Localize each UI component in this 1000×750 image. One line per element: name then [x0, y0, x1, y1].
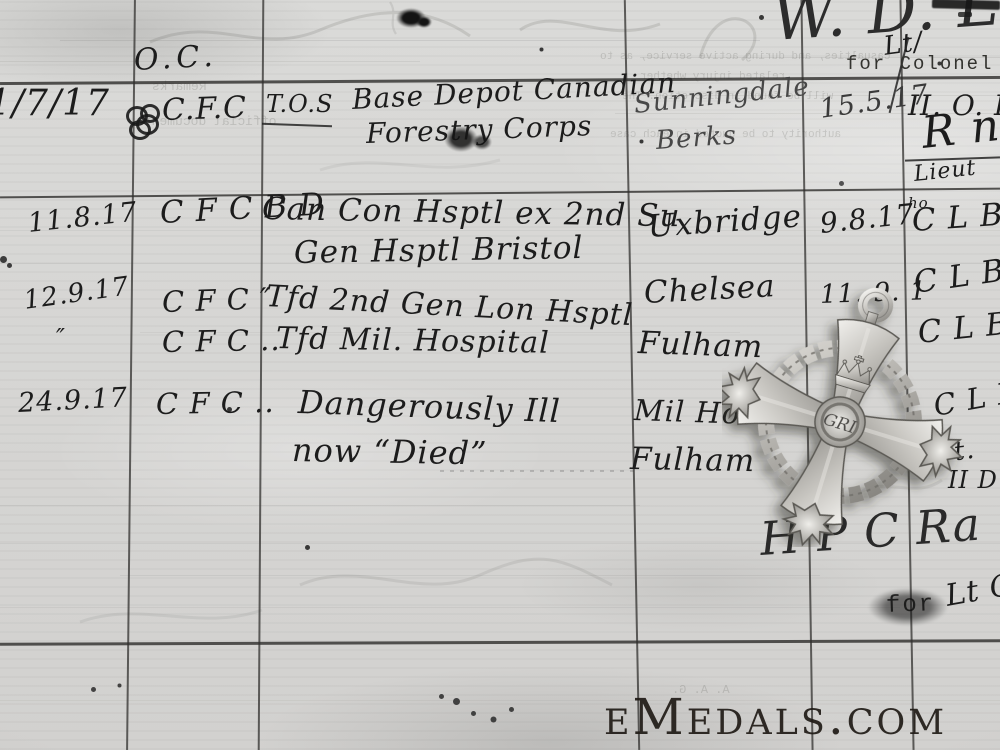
row-remarks-signature: R n — [920, 104, 1000, 156]
row-unit: C.F.C — [161, 93, 247, 126]
record-photo: Remarks official documents casualties, a… — [0, 0, 1000, 750]
row-date: 24.9.17 — [17, 384, 128, 417]
row-details: Tfd Mil. Hospital — [276, 324, 550, 359]
row-date: 1/7/17 — [0, 86, 110, 122]
row-unit: C F C .. — [156, 388, 275, 419]
ink-scribble — [124, 98, 168, 144]
row-remarks: C L B — [911, 200, 1000, 237]
row-unit: C F C ″ — [161, 284, 272, 317]
row-date-ditto: ″ — [56, 326, 66, 350]
row-details: Gen Hsptl Bristol — [294, 233, 584, 269]
stamp-for: for — [886, 593, 936, 619]
row-details: Can Con Hsptl ex 2nd Su — [262, 194, 681, 232]
row-details: Dangerously Ill — [297, 386, 561, 427]
ink-blot — [472, 134, 492, 150]
row-place: Berks — [655, 122, 738, 154]
watermark-text: eMedals.com — [604, 692, 947, 742]
for-colonel-typed: for Colonel — [846, 55, 993, 74]
ink-blot — [416, 16, 432, 28]
row-details: now “Died” — [292, 434, 488, 469]
ink-specks — [0, 0, 3, 3]
royal-cypher: GRI — [809, 391, 871, 453]
row-unit: C F C .. — [162, 326, 281, 357]
oc-note: O.C. — [133, 42, 218, 76]
footer-rank: Lt C — [943, 570, 1000, 611]
corner-mark — [958, 12, 972, 17]
memorial-cross-medal: GRI — [722, 272, 972, 547]
row-status: T.O.S — [266, 92, 333, 116]
corner-mark — [932, 0, 1000, 10]
